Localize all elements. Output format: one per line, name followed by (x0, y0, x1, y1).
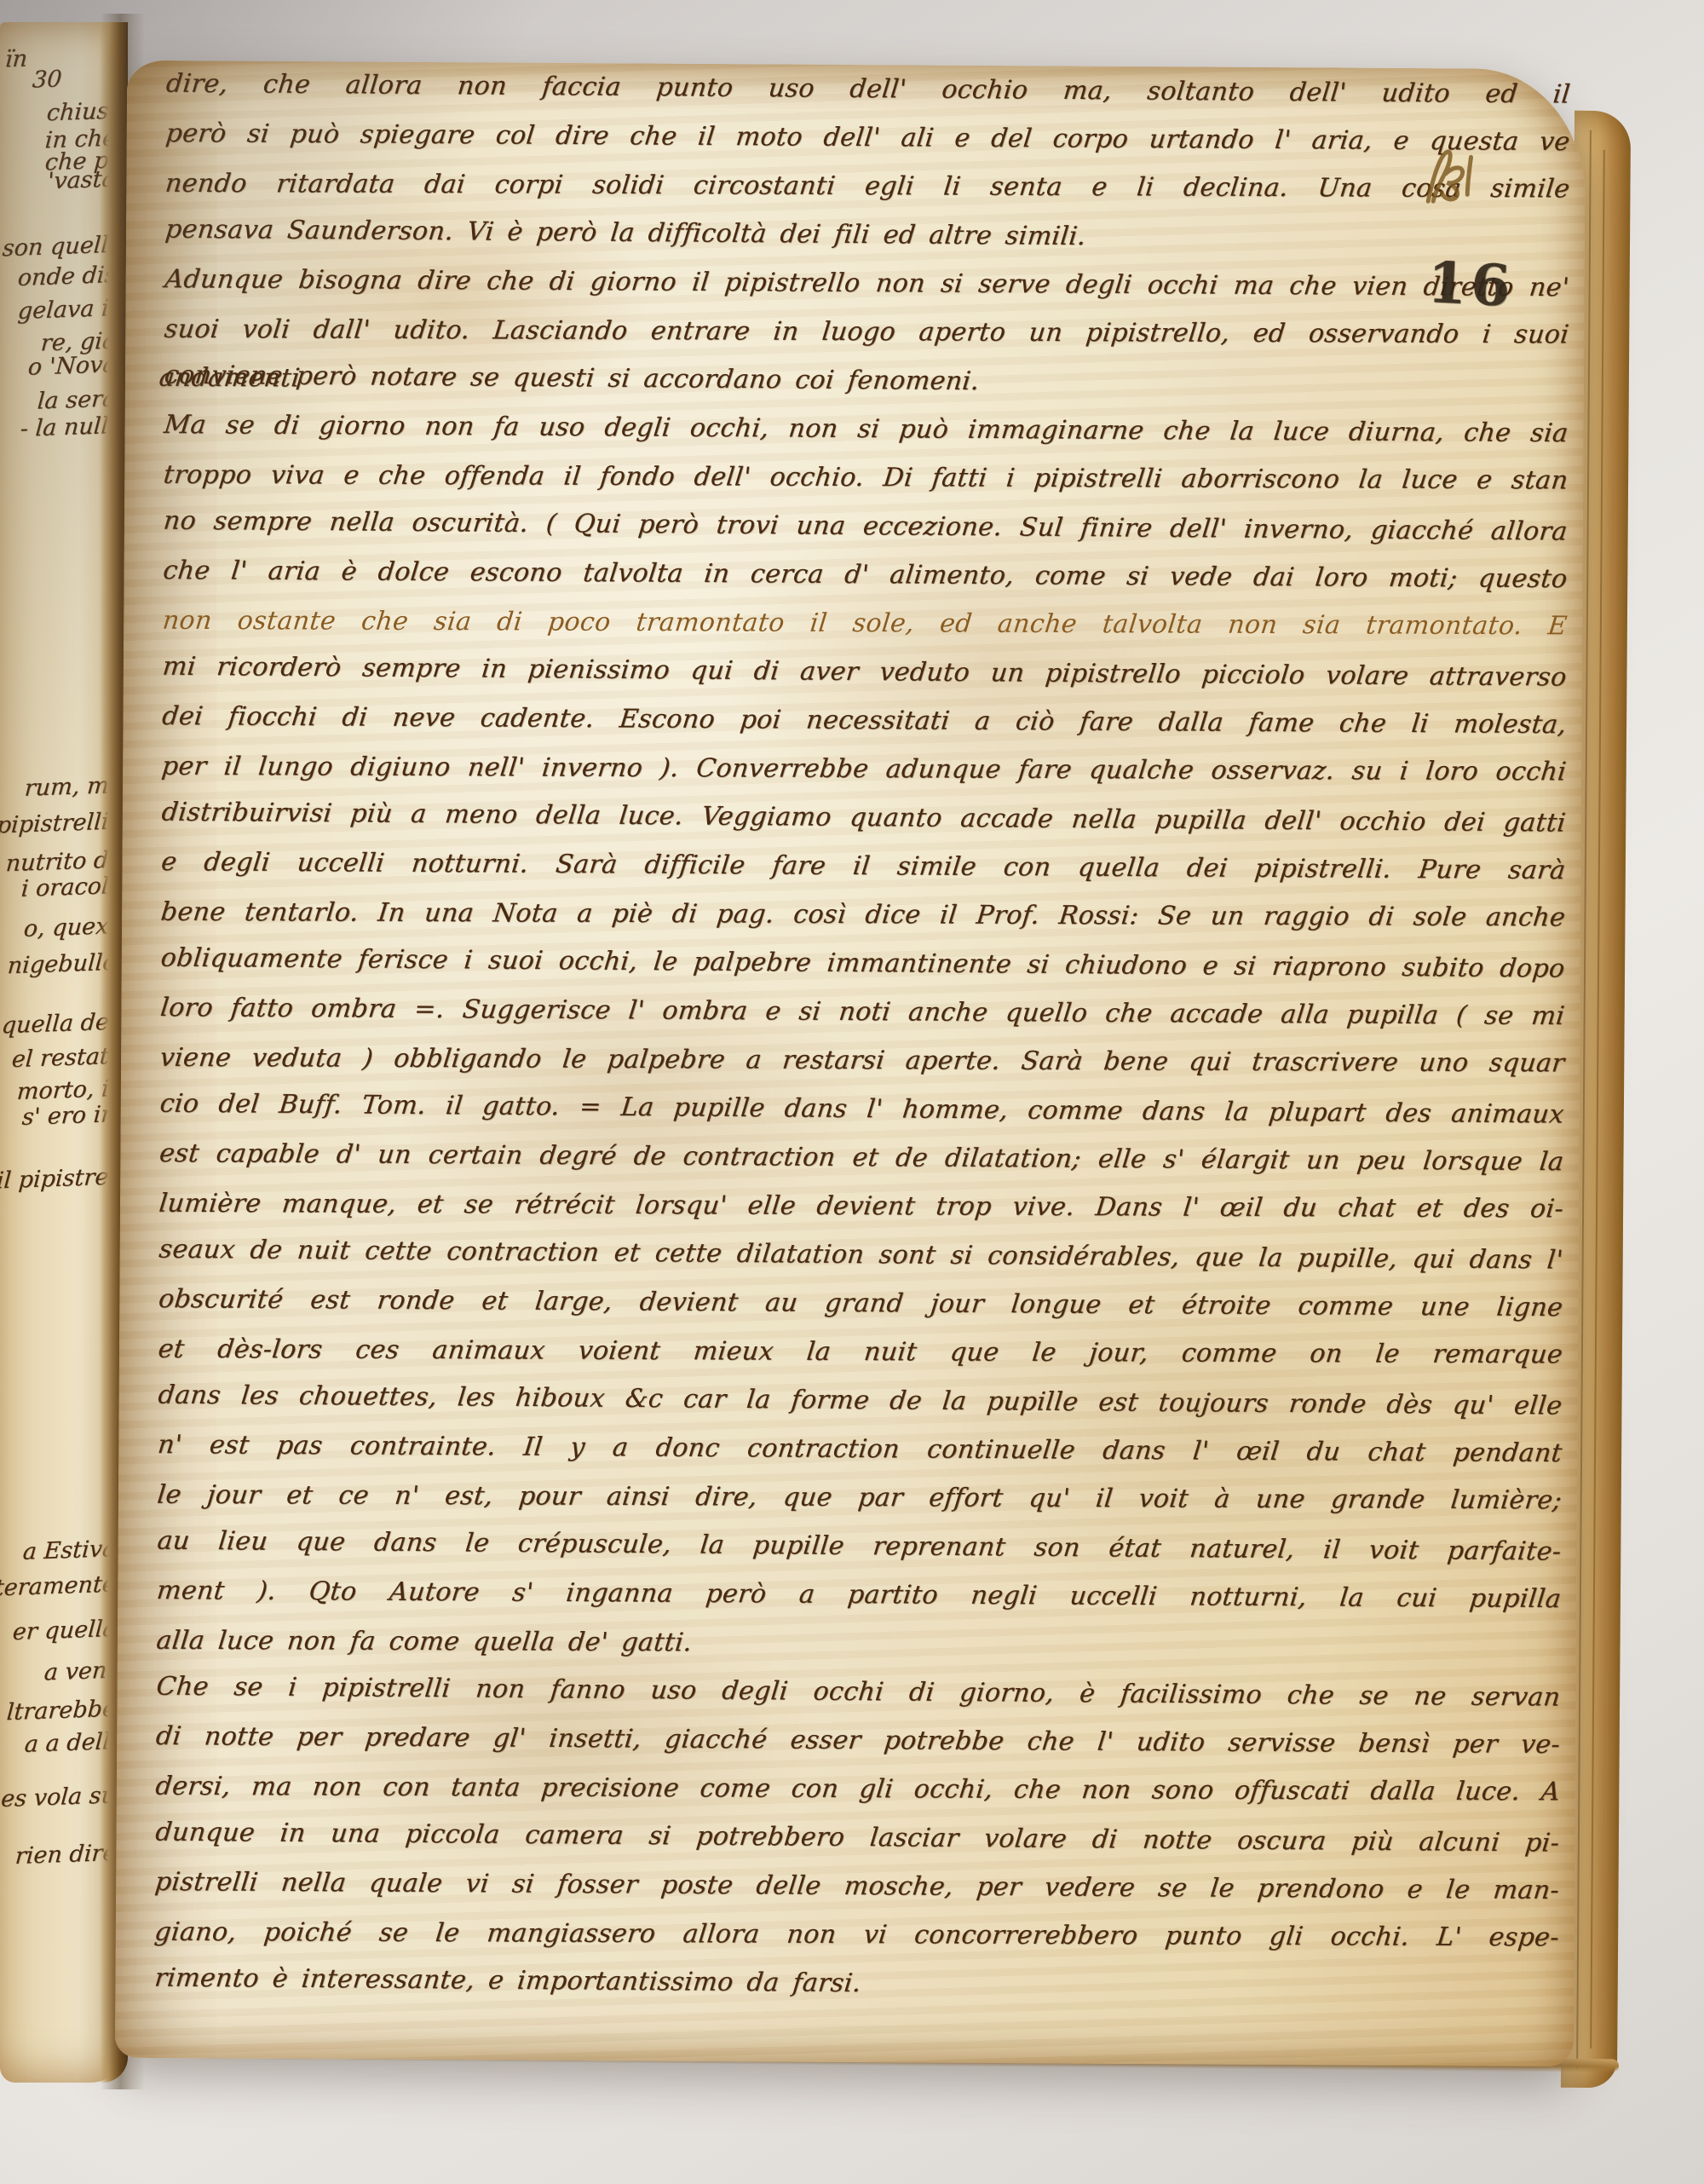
manuscript-line: et dès-lors ces animaux voient mieux la … (156, 1325, 1566, 1380)
manuscript-line: non ostante che sia di poco tramontato i… (160, 596, 1570, 651)
manuscript-line: obscurité est ronde et large, devient au… (156, 1275, 1565, 1332)
manuscript-line: lumière manque, et se rétrécit lorsqu' e… (157, 1179, 1567, 1234)
manuscript-line: le jour et ce n' est, pour ainsi dire, q… (155, 1471, 1565, 1525)
manuscript-line: alla luce non fa come quella de' gatti. (154, 1616, 1564, 1671)
page-edge-text-fragment: teramente (0, 1571, 117, 1602)
page-edge-text-fragment: 30 (32, 66, 63, 93)
manuscript-line: viene veduta ) obbligando le palpebre a … (158, 1034, 1568, 1088)
ink-scribble-mark (1416, 143, 1488, 216)
manuscript-line: di notte per predare gl' insetti, giacch… (153, 1712, 1563, 1769)
page-edge-text-fragment: son quelli (2, 232, 117, 262)
manuscript-line: per il lungo digiuno nell' inverno ). Co… (159, 742, 1569, 797)
manuscript-line: Ma se di giorno non fa uso degli occhi, … (161, 400, 1570, 458)
manuscript-line: giano, poiché se le mangiassero allora n… (152, 1908, 1562, 1962)
manuscript-line: dersi, ma non con tanta precisione come … (153, 1762, 1563, 1817)
manuscript-text: dire, che allora non faccia punto uso de… (154, 61, 1570, 2020)
manuscript-line: suoi voli dall' udito. Lasciando entrare… (162, 305, 1572, 360)
page-edge-text-fragment: quella del (0, 1009, 117, 1040)
manuscript-photo: ïn30chiusiin cheche p:'vastason quellion… (0, 0, 1704, 2184)
manuscript-line: rimento è interessante, e importantissim… (153, 1954, 1562, 2014)
manuscript-line: pistrelli nella quale vi si fosser poste… (153, 1858, 1562, 1915)
manuscript-line: dei fiocchi di neve cadente. Escono poi … (159, 692, 1569, 749)
manuscript-line: est capable d' un certain degré de contr… (157, 1129, 1566, 1186)
manuscript-line: loro fatto ombra =. Suggerisce l' ombra … (158, 983, 1567, 1040)
manuscript-line: bene tentarlo. In una Nota a piè di pag.… (158, 888, 1569, 942)
manuscript-page: dire, che allora non faccia punto uso de… (115, 61, 1586, 2066)
page-edge-text-fragment: hes vola su (0, 1782, 117, 1812)
page-edge-text-fragment: il pipistrel (0, 1164, 117, 1195)
manuscript-line: e degli uccelli notturni. Sarà difficile… (158, 838, 1568, 895)
manuscript-line: che l' aria è dolce escono talvolta in c… (160, 546, 1569, 603)
page-number-stamp: 16 (1426, 249, 1517, 320)
manuscript-line: troppo viva e che offenda il fondo dell'… (161, 451, 1571, 505)
manuscript-line: Adunque bisogna dire che di giorno il pi… (162, 255, 1571, 312)
manuscript-line: n' est pas contrainte. Il y a donc contr… (155, 1420, 1564, 1478)
page-edge-text-fragment: pipistrelli. (0, 809, 117, 839)
page-edge-text-fragment: ïn (4, 46, 28, 73)
manuscript-line: però si può spiegare col dire che il mot… (163, 109, 1572, 166)
manuscript-line: nendo ritardata dai corpi solidi circost… (163, 159, 1573, 214)
manuscript-line: ment ). Qto Autore s' inganna però a par… (154, 1566, 1563, 1623)
